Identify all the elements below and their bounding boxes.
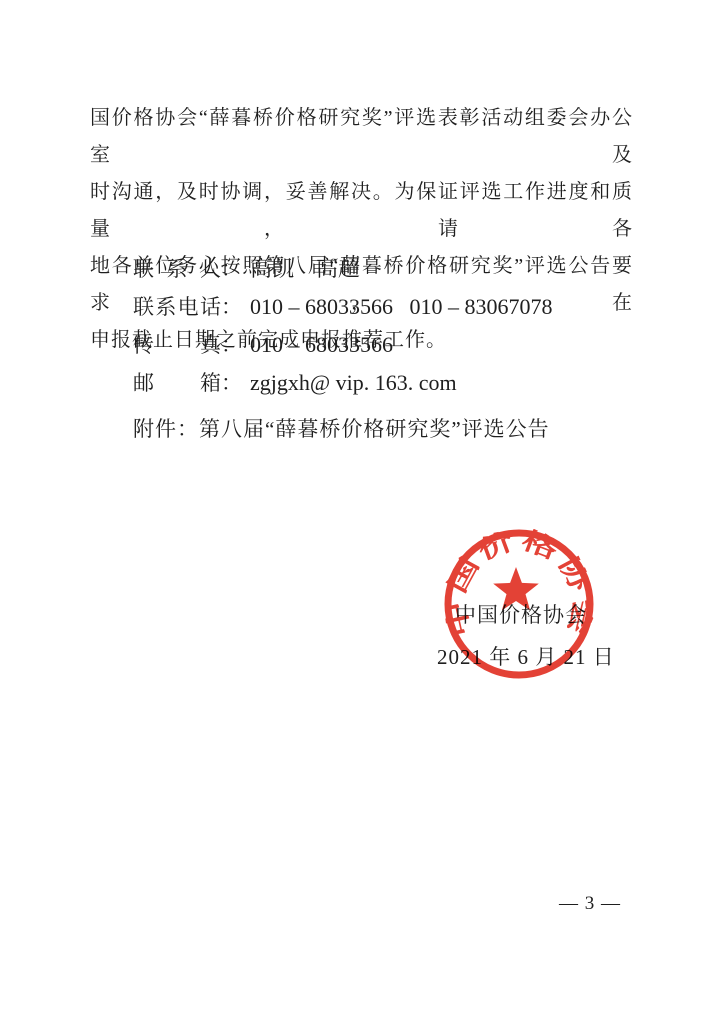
document-page: 国价格协会“薛暮桥价格研究奖”评选表彰活动组委会办公室及 时沟通，及时协调，妥善… — [0, 0, 724, 1024]
contact-colon: ： — [221, 364, 242, 402]
contact-label: 邮箱 — [133, 364, 221, 402]
page-number: — 3 — — [540, 893, 640, 915]
attachment-line: 附件：第八届“薛暮桥价格研究奖”评选公告 — [133, 413, 550, 443]
contact-colon: ： — [221, 326, 242, 364]
contact-row-phone: 联系电话：010 – 68033566 010 – 83067078 — [133, 288, 553, 326]
contact-row-person: 联系人：高凯 高超 — [133, 250, 553, 288]
contact-row-email: 邮箱：zgjgxh@ vip. 163. com — [133, 364, 553, 402]
contact-value: zgjgxh@ vip. 163. com — [250, 370, 457, 395]
contact-label: 联系电话 — [133, 288, 221, 326]
contact-value: 高凯 高超 — [250, 256, 360, 281]
contact-value: 010 – 68033566 010 – 83067078 — [250, 294, 553, 319]
contact-colon: ： — [221, 288, 242, 326]
contact-colon: ： — [221, 250, 242, 288]
contact-row-fax: 传真：010 – 68033566 — [133, 326, 553, 364]
contact-label: 传真 — [133, 326, 221, 364]
issue-date: 2021 年 6 月 21 日 — [437, 641, 615, 671]
paragraph-line: 国价格协会“薛暮桥价格研究奖”评选表彰活动组委会办公室及 — [90, 100, 633, 174]
seal-org-name: 中国价格协会 — [450, 599, 592, 629]
paragraph-line: 时沟通，及时协调，妥善解决。为保证评选工作进度和质量，请各 — [90, 174, 633, 248]
contact-label: 联系人 — [133, 250, 221, 288]
contact-value: 010 – 68033566 — [250, 332, 393, 357]
contact-block: 联系人：高凯 高超 联系电话：010 – 68033566 010 – 8306… — [133, 250, 553, 402]
